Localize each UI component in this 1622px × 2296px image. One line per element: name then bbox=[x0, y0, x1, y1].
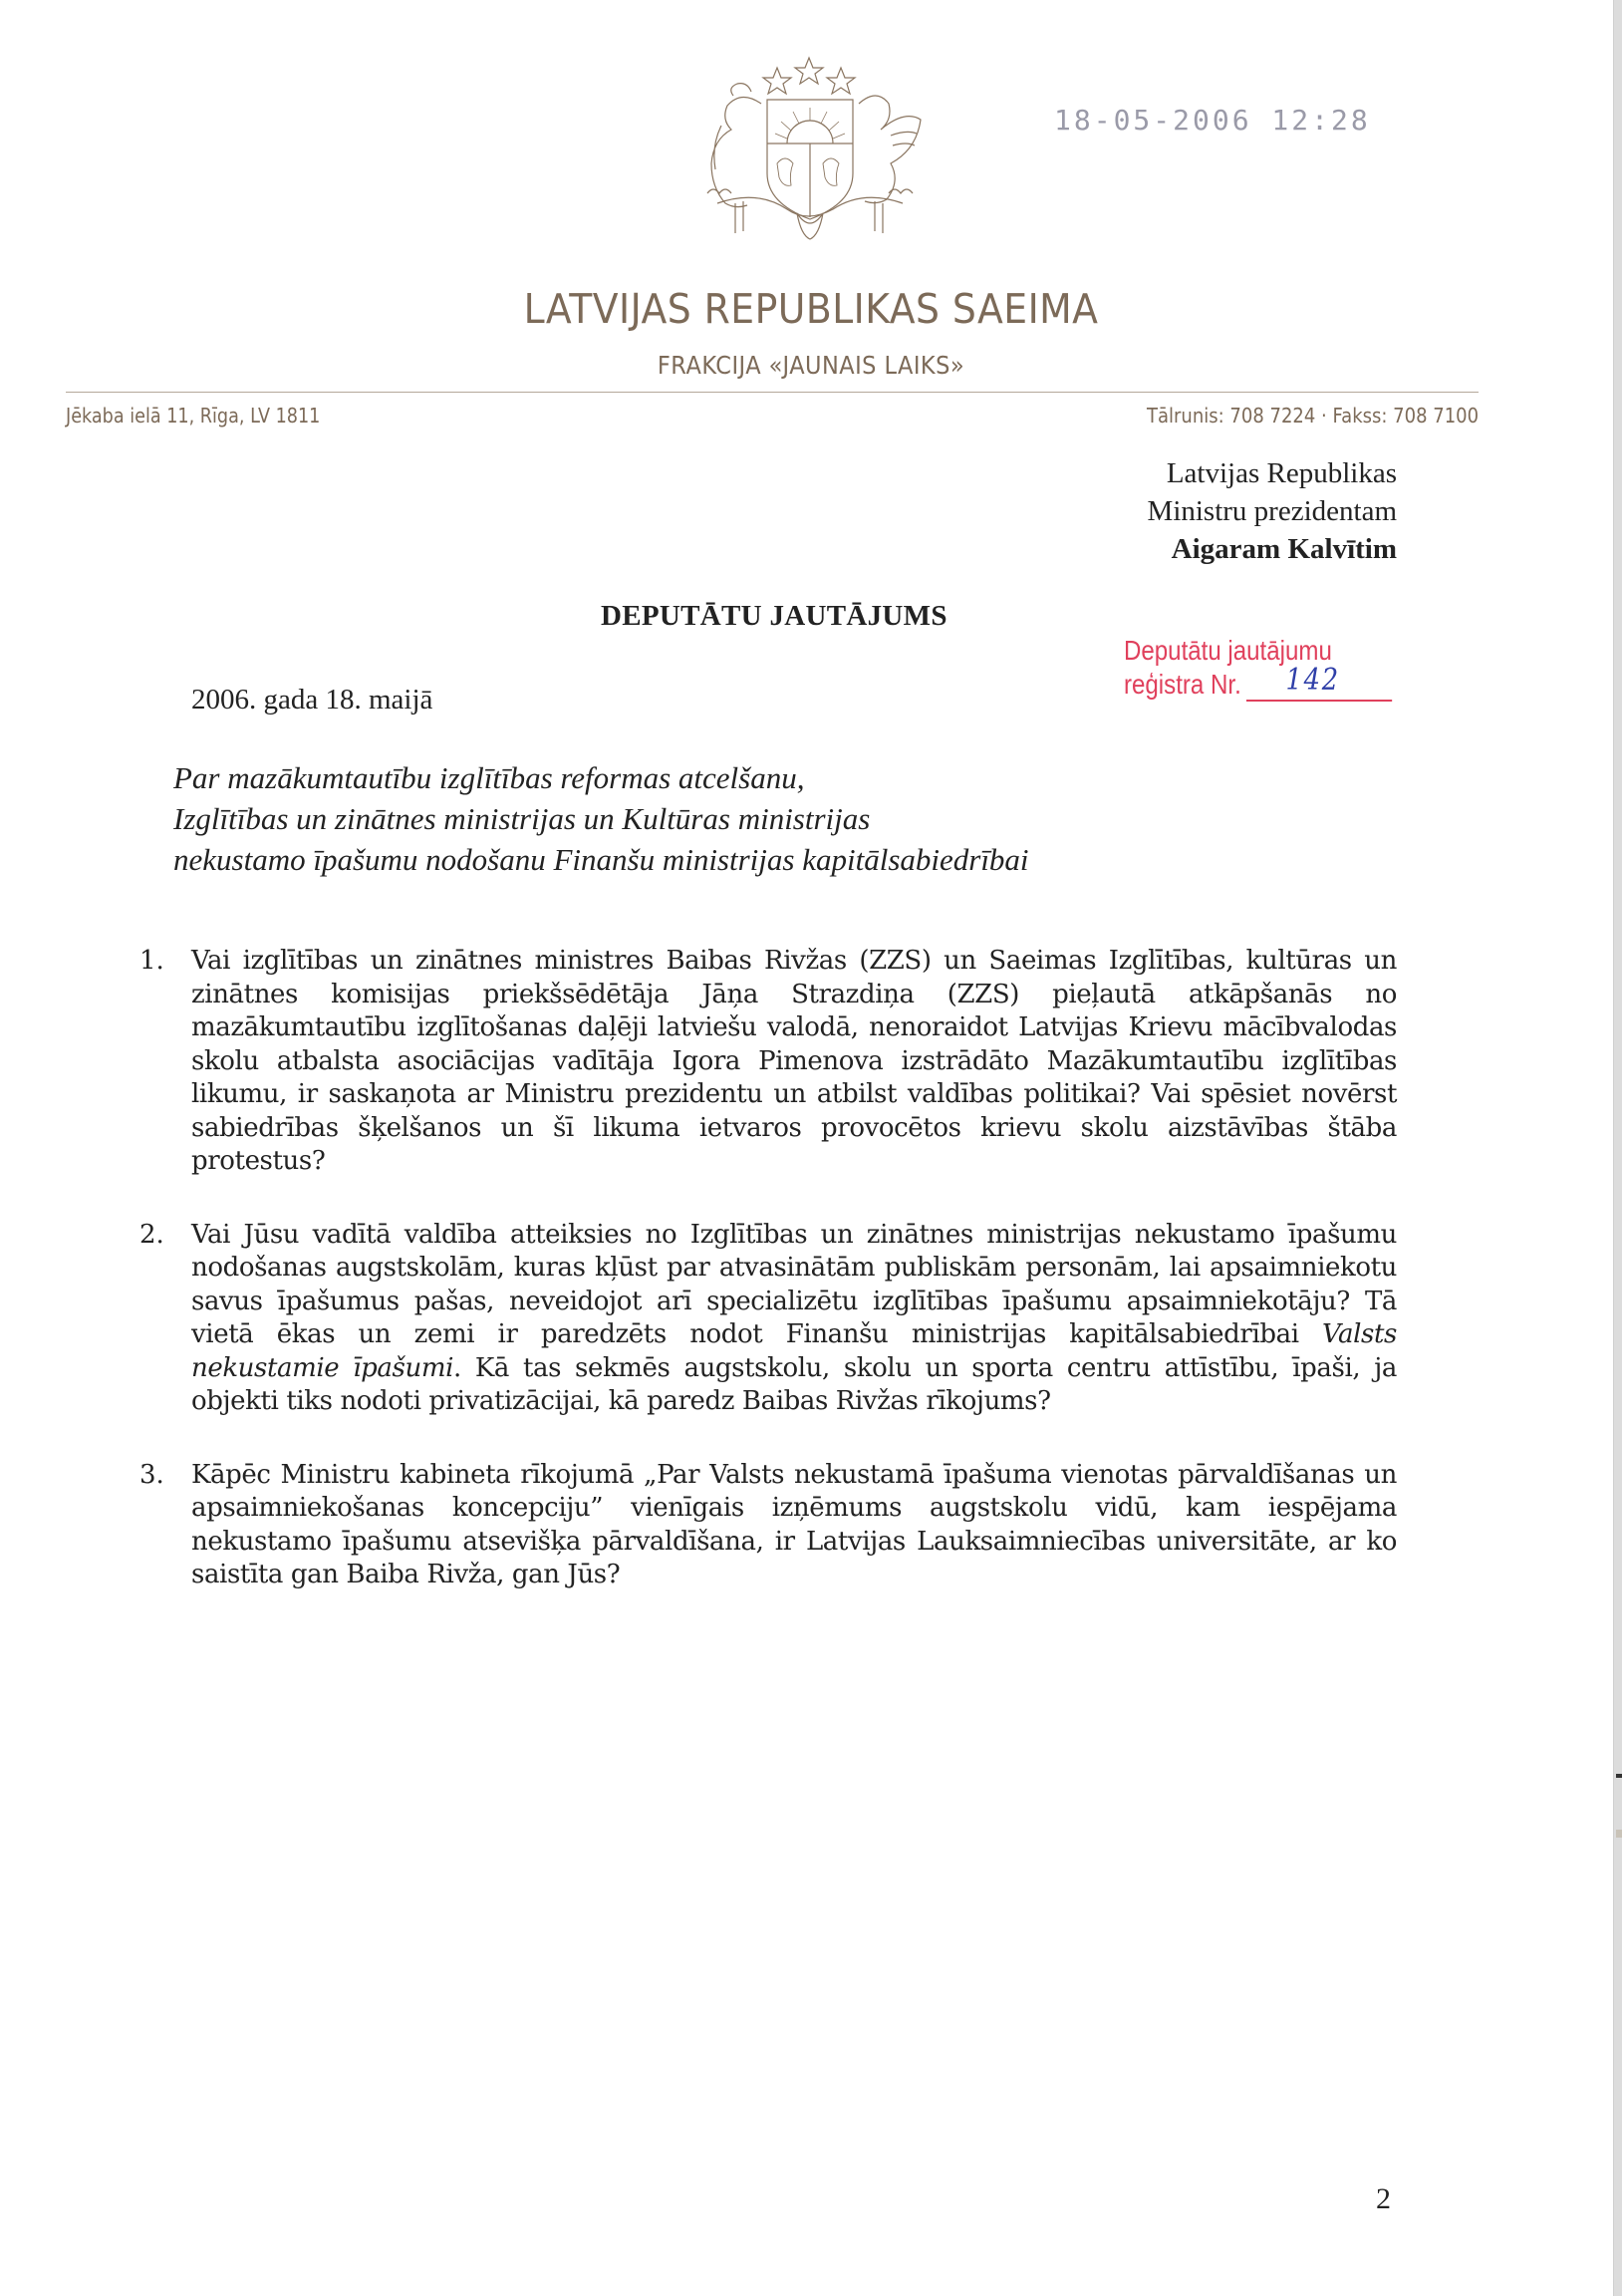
question-text: Kāpēc Ministru kabineta rīkojumā „Par Va… bbox=[191, 1459, 1397, 1592]
registry-stamp-label: reģistra Nr. bbox=[1124, 669, 1241, 700]
recipient-line: Latvijas Republikas bbox=[1148, 454, 1397, 492]
registry-number-handwritten: 142 bbox=[1285, 664, 1339, 698]
question-text: Vai izglītības un zinātnes ministres Bai… bbox=[191, 945, 1397, 1179]
recipient-name: Aigaram Kalvītim bbox=[1148, 530, 1397, 568]
organization-name: LATVIJAS REPUBLIKAS SAEIMA bbox=[65, 285, 1557, 333]
recipient-block: Latvijas Republikas Ministru prezidentam… bbox=[1148, 454, 1397, 568]
document-subject: Par mazākumtautību izglītības reformas a… bbox=[173, 757, 1029, 880]
subject-line: Par mazākumtautību izglītības reformas a… bbox=[173, 757, 1029, 798]
subject-line: nekustamo īpašumu nodošanu Finanšu minis… bbox=[173, 839, 1029, 880]
recipient-line: Ministru prezidentam bbox=[1148, 492, 1397, 530]
registry-stamp-line: reģistra Nr.142 bbox=[1124, 668, 1392, 702]
scan-edge-mark bbox=[1616, 1774, 1622, 1778]
questions-list: 1. Vai izglītības un zinātnes ministres … bbox=[139, 945, 1397, 1632]
page-number: 2 bbox=[1376, 2182, 1391, 2216]
scan-edge bbox=[1613, 0, 1622, 2296]
question-text: Vai Jūsu vadītā valdība atteiksies no Iz… bbox=[191, 1219, 1397, 1419]
question-item: 1. Vai izglītības un zinātnes ministres … bbox=[139, 945, 1397, 1179]
coat-of-arms-emblem bbox=[677, 44, 941, 243]
registry-stamp: Deputātu jautājumu reģistra Nr.142 bbox=[1124, 634, 1392, 702]
question-number: 1. bbox=[139, 945, 191, 1179]
document-date: 2006. gada 18. maijā bbox=[191, 684, 432, 717]
registry-number-field: 142 bbox=[1246, 670, 1392, 702]
scan-edge-mark bbox=[1616, 1830, 1622, 1838]
letterhead-contacts: Tālrunis: 708 7224 · Fakss: 708 7100 bbox=[1147, 404, 1479, 428]
question-text-part: Vai Jūsu vadītā valdība atteiksies no Iz… bbox=[191, 1220, 1397, 1350]
document-title: DEPUTĀTU JAUTĀJUMS bbox=[601, 600, 947, 633]
question-number: 2. bbox=[139, 1219, 191, 1419]
question-item: 3. Kāpēc Ministru kabineta rīkojumā „Par… bbox=[139, 1459, 1397, 1592]
letterhead-address: Jēkaba ielā 11, Rīga, LV 1811 bbox=[66, 404, 320, 428]
question-item: 2. Vai Jūsu vadītā valdība atteiksies no… bbox=[139, 1219, 1397, 1419]
subject-line: Izglītības un zinātnes ministrijas un Ku… bbox=[173, 798, 1029, 839]
question-number: 3. bbox=[139, 1459, 191, 1592]
faction-name: FRAKCIJA «JAUNAIS LAIKS» bbox=[81, 351, 1540, 380]
registry-stamp-line: Deputātu jautājumu bbox=[1124, 634, 1392, 668]
letterhead-divider bbox=[66, 392, 1479, 393]
fax-timestamp: 18-05-2006 12:28 bbox=[1054, 104, 1371, 137]
